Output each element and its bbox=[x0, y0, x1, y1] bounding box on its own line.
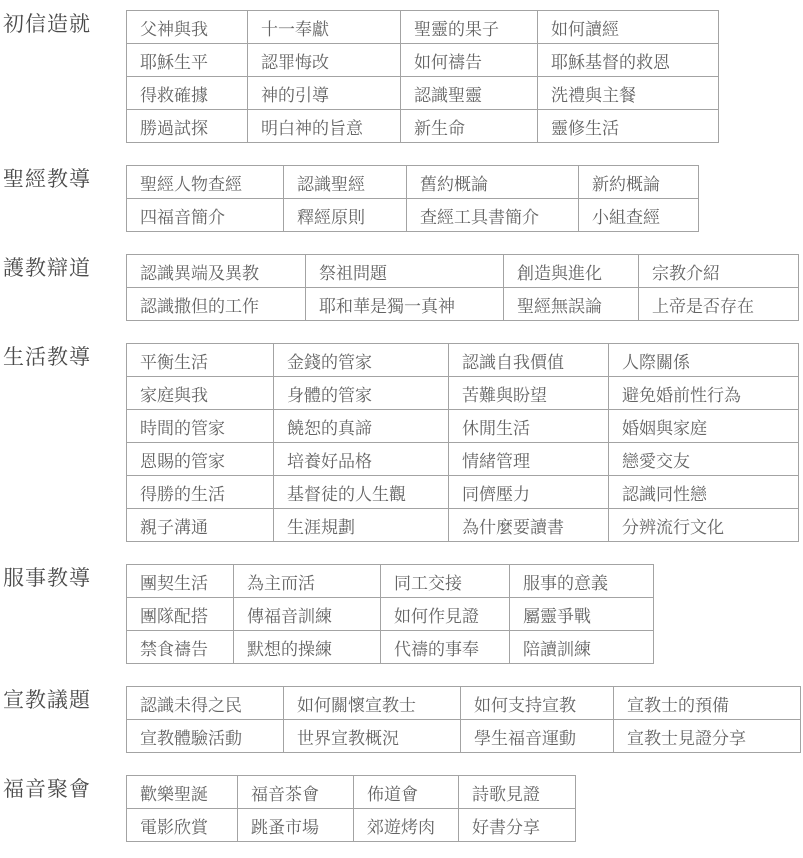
topic-cell: 服事的意義 bbox=[510, 565, 654, 598]
topic-cell: 明白神的旨意 bbox=[248, 110, 401, 143]
table-row: 禁食禱告默想的操練代禱的事奉陪讀訓練 bbox=[127, 631, 654, 664]
topic-cell: 四福音簡介 bbox=[127, 199, 284, 232]
topic-cell: 郊遊烤肉 bbox=[354, 809, 459, 842]
topic-cell: 耶和華是獨一真神 bbox=[306, 288, 504, 321]
section-label: 宣教議題 bbox=[3, 686, 126, 714]
topic-cell: 培養好品格 bbox=[274, 443, 449, 476]
topic-cell: 基督徒的人生觀 bbox=[274, 476, 449, 509]
topic-cell: 宣教士見證分享 bbox=[614, 720, 801, 753]
topic-cell: 如何支持宣教 bbox=[461, 687, 614, 720]
section-new-believers: 初信造就 父神與我十一奉獻聖靈的果子如何讀經耶穌生平認罪悔改如何禱告耶穌基督的救… bbox=[3, 10, 803, 143]
topic-cell: 認識異端及異教 bbox=[127, 255, 306, 288]
table-row: 家庭與我身體的管家苦難與盼望避免婚前性行為 bbox=[127, 377, 799, 410]
topic-cell: 默想的操練 bbox=[234, 631, 381, 664]
topic-cell: 聖靈的果子 bbox=[401, 11, 538, 44]
topic-cell: 親子溝通 bbox=[127, 509, 274, 542]
topic-cell: 新約概論 bbox=[579, 166, 699, 199]
topic-cell: 祭祖問題 bbox=[306, 255, 504, 288]
topic-cell: 靈修生活 bbox=[538, 110, 719, 143]
table-row: 平衡生活金錢的管家認識自我價值人際關係 bbox=[127, 344, 799, 377]
topic-cell: 創造與進化 bbox=[504, 255, 639, 288]
section-ministry-teaching: 服事教導 團契生活為主而活同工交接服事的意義團隊配搭傳福音訓練如何作見證屬靈爭戰… bbox=[3, 564, 803, 664]
topics-table: 認識未得之民如何關懷宣教士如何支持宣教宣教士的預備宣教體驗活動世界宣教概況學生福… bbox=[126, 686, 801, 753]
table-row: 時間的管家饒恕的真諦休閒生活婚姻與家庭 bbox=[127, 410, 799, 443]
topics-table: 團契生活為主而活同工交接服事的意義團隊配搭傳福音訓練如何作見證屬靈爭戰禁食禱告默… bbox=[126, 564, 654, 664]
topic-cell: 生涯規劃 bbox=[274, 509, 449, 542]
topic-cell: 學生福音運動 bbox=[461, 720, 614, 753]
topic-cell: 認識同性戀 bbox=[609, 476, 799, 509]
topic-cell: 如何關懷宣教士 bbox=[284, 687, 461, 720]
topic-cell: 神的引導 bbox=[248, 77, 401, 110]
topic-cell: 上帝是否存在 bbox=[639, 288, 799, 321]
topic-cell: 得勝的生活 bbox=[127, 476, 274, 509]
table-row: 親子溝通生涯規劃為什麼要讀書分辨流行文化 bbox=[127, 509, 799, 542]
topic-cell: 歡樂聖誕 bbox=[127, 776, 238, 809]
table-row: 認識異端及異教祭祖問題創造與進化宗教介紹 bbox=[127, 255, 799, 288]
topic-cell: 饒恕的真諦 bbox=[274, 410, 449, 443]
topic-cell: 詩歌見證 bbox=[459, 776, 576, 809]
topic-cell: 苦難與盼望 bbox=[449, 377, 609, 410]
topic-cell: 戀愛交友 bbox=[609, 443, 799, 476]
topic-cell: 勝過試探 bbox=[127, 110, 248, 143]
section-label: 福音聚會 bbox=[3, 775, 126, 803]
table-row: 電影欣賞跳蚤市場郊遊烤肉好書分享 bbox=[127, 809, 576, 842]
topic-cell: 認識聖經 bbox=[284, 166, 407, 199]
topic-cell: 聖經人物查經 bbox=[127, 166, 284, 199]
topic-cell: 如何作見證 bbox=[381, 598, 510, 631]
section-label: 服事教導 bbox=[3, 564, 126, 592]
topic-cell: 為主而活 bbox=[234, 565, 381, 598]
topics-table: 聖經人物查經認識聖經舊約概論新約概論四福音簡介釋經原則查經工具書簡介小組查經 bbox=[126, 165, 699, 232]
topic-cell: 好書分享 bbox=[459, 809, 576, 842]
topic-cell: 認罪悔改 bbox=[248, 44, 401, 77]
topic-cell: 跳蚤市場 bbox=[238, 809, 354, 842]
topic-cell: 為什麼要讀書 bbox=[449, 509, 609, 542]
table-row: 得救確據神的引導認識聖靈洗禮與主餐 bbox=[127, 77, 719, 110]
table-row: 恩賜的管家培養好品格情緒管理戀愛交友 bbox=[127, 443, 799, 476]
topic-cell: 團契生活 bbox=[127, 565, 234, 598]
table-row: 認識未得之民如何關懷宣教士如何支持宣教宣教士的預備 bbox=[127, 687, 801, 720]
section-label: 護教辯道 bbox=[3, 254, 126, 282]
topic-cell: 認識撒但的工作 bbox=[127, 288, 306, 321]
topic-cell: 如何禱告 bbox=[401, 44, 538, 77]
topic-cell: 舊約概論 bbox=[407, 166, 579, 199]
topic-cell: 父神與我 bbox=[127, 11, 248, 44]
topic-cell: 世界宣教概況 bbox=[284, 720, 461, 753]
topic-cell: 代禱的事奉 bbox=[381, 631, 510, 664]
topic-cell: 婚姻與家庭 bbox=[609, 410, 799, 443]
topic-cell: 佈道會 bbox=[354, 776, 459, 809]
topic-cell: 福音茶會 bbox=[238, 776, 354, 809]
topic-cell: 情緒管理 bbox=[449, 443, 609, 476]
topic-cell: 查經工具書簡介 bbox=[407, 199, 579, 232]
table-row: 父神與我十一奉獻聖靈的果子如何讀經 bbox=[127, 11, 719, 44]
topic-cell: 身體的管家 bbox=[274, 377, 449, 410]
topics-table: 父神與我十一奉獻聖靈的果子如何讀經耶穌生平認罪悔改如何禱告耶穌基督的救恩得救確據… bbox=[126, 10, 719, 143]
topic-cell: 宣教士的預備 bbox=[614, 687, 801, 720]
topic-cell: 認識聖靈 bbox=[401, 77, 538, 110]
topic-cell: 傳福音訓練 bbox=[234, 598, 381, 631]
topic-cell: 時間的管家 bbox=[127, 410, 274, 443]
table-row: 認識撒但的工作耶和華是獨一真神聖經無誤論上帝是否存在 bbox=[127, 288, 799, 321]
table-row: 團契生活為主而活同工交接服事的意義 bbox=[127, 565, 654, 598]
topic-cell: 避免婚前性行為 bbox=[609, 377, 799, 410]
topics-table: 平衡生活金錢的管家認識自我價值人際關係家庭與我身體的管家苦難與盼望避免婚前性行為… bbox=[126, 343, 799, 542]
topic-cell: 十一奉獻 bbox=[248, 11, 401, 44]
topic-cell: 休閒生活 bbox=[449, 410, 609, 443]
topic-cell: 禁食禱告 bbox=[127, 631, 234, 664]
table-row: 歡樂聖誕福音茶會佈道會詩歌見證 bbox=[127, 776, 576, 809]
topic-cell: 電影欣賞 bbox=[127, 809, 238, 842]
section-label: 初信造就 bbox=[3, 10, 126, 38]
course-topics-page: 初信造就 父神與我十一奉獻聖靈的果子如何讀經耶穌生平認罪悔改如何禱告耶穌基督的救… bbox=[0, 0, 803, 842]
topic-cell: 小組查經 bbox=[579, 199, 699, 232]
topic-cell: 平衡生活 bbox=[127, 344, 274, 377]
topic-cell: 宗教介紹 bbox=[639, 255, 799, 288]
table-row: 聖經人物查經認識聖經舊約概論新約概論 bbox=[127, 166, 699, 199]
topic-cell: 得救確據 bbox=[127, 77, 248, 110]
topic-cell: 釋經原則 bbox=[284, 199, 407, 232]
section-label: 聖經教導 bbox=[3, 165, 126, 193]
topic-cell: 恩賜的管家 bbox=[127, 443, 274, 476]
topic-cell: 聖經無誤論 bbox=[504, 288, 639, 321]
table-row: 勝過試探明白神的旨意新生命靈修生活 bbox=[127, 110, 719, 143]
topic-cell: 耶穌基督的救恩 bbox=[538, 44, 719, 77]
section-bible-teaching: 聖經教導 聖經人物查經認識聖經舊約概論新約概論四福音簡介釋經原則查經工具書簡介小… bbox=[3, 165, 803, 232]
topic-cell: 團隊配搭 bbox=[127, 598, 234, 631]
section-label: 生活教導 bbox=[3, 343, 126, 371]
section-gospel-meetings: 福音聚會 歡樂聖誕福音茶會佈道會詩歌見證電影欣賞跳蚤市場郊遊烤肉好書分享 bbox=[3, 775, 803, 842]
table-row: 得勝的生活基督徒的人生觀同儕壓力認識同性戀 bbox=[127, 476, 799, 509]
topic-cell: 耶穌生平 bbox=[127, 44, 248, 77]
topic-cell: 認識未得之民 bbox=[127, 687, 284, 720]
topic-cell: 洗禮與主餐 bbox=[538, 77, 719, 110]
topic-cell: 同儕壓力 bbox=[449, 476, 609, 509]
topic-cell: 認識自我價值 bbox=[449, 344, 609, 377]
topic-cell: 新生命 bbox=[401, 110, 538, 143]
table-row: 四福音簡介釋經原則查經工具書簡介小組查經 bbox=[127, 199, 699, 232]
table-row: 團隊配搭傳福音訓練如何作見證屬靈爭戰 bbox=[127, 598, 654, 631]
topic-cell: 如何讀經 bbox=[538, 11, 719, 44]
topic-cell: 家庭與我 bbox=[127, 377, 274, 410]
topics-table: 歡樂聖誕福音茶會佈道會詩歌見證電影欣賞跳蚤市場郊遊烤肉好書分享 bbox=[126, 775, 576, 842]
topic-cell: 人際關係 bbox=[609, 344, 799, 377]
topic-cell: 同工交接 bbox=[381, 565, 510, 598]
section-missions-topics: 宣教議題 認識未得之民如何關懷宣教士如何支持宣教宣教士的預備宣教體驗活動世界宣教… bbox=[3, 686, 803, 753]
table-row: 宣教體驗活動世界宣教概況學生福音運動宣教士見證分享 bbox=[127, 720, 801, 753]
topic-cell: 金錢的管家 bbox=[274, 344, 449, 377]
table-row: 耶穌生平認罪悔改如何禱告耶穌基督的救恩 bbox=[127, 44, 719, 77]
topics-table: 認識異端及異教祭祖問題創造與進化宗教介紹認識撒但的工作耶和華是獨一真神聖經無誤論… bbox=[126, 254, 799, 321]
section-apologetics: 護教辯道 認識異端及異教祭祖問題創造與進化宗教介紹認識撒但的工作耶和華是獨一真神… bbox=[3, 254, 803, 321]
topic-cell: 宣教體驗活動 bbox=[127, 720, 284, 753]
topic-cell: 陪讀訓練 bbox=[510, 631, 654, 664]
topic-cell: 屬靈爭戰 bbox=[510, 598, 654, 631]
section-life-teaching: 生活教導 平衡生活金錢的管家認識自我價值人際關係家庭與我身體的管家苦難與盼望避免… bbox=[3, 343, 803, 542]
topic-cell: 分辨流行文化 bbox=[609, 509, 799, 542]
